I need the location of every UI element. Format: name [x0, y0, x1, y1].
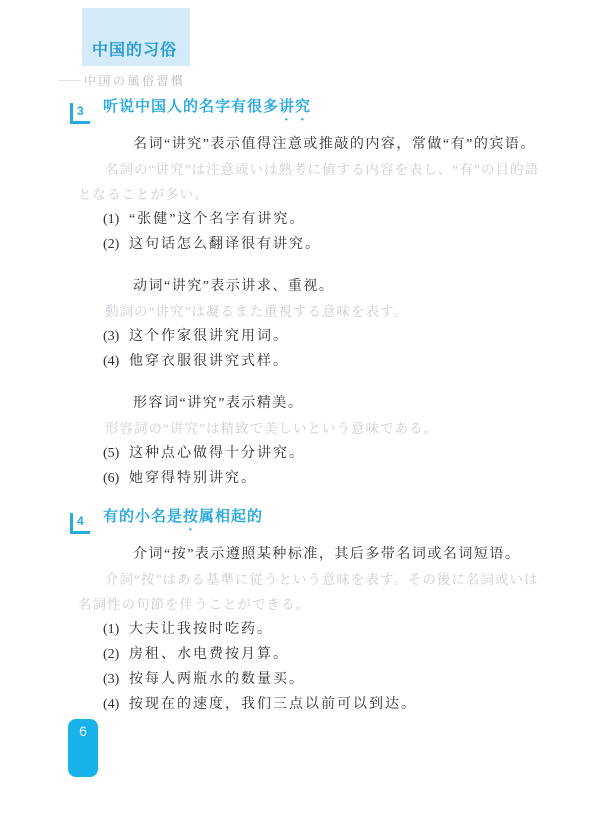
example-number: (5) [103, 441, 129, 466]
example-item: (2)这句话怎么翻译很有讲究。 [103, 232, 544, 257]
example-item: (1)“张健”这个名字有讲究。 [103, 207, 544, 232]
explanation-chinese: 形容词“讲究”表示精美。 [103, 391, 544, 416]
example-text: 按现在的速度，我们三点以前可以到达。 [129, 697, 417, 712]
example-text: 这个作家很讲究用词。 [129, 329, 289, 344]
book-subtitle: 中国の風俗習慣 [84, 72, 186, 89]
section-title-text: 有的小名是 [103, 508, 183, 525]
example-number: (2) [103, 642, 129, 667]
grammar-group: 名词“讲究”表示值得注意或推敲的内容，常做“有”的宾语。 名詞の“讲究”は注意或… [103, 132, 544, 257]
section-title-rest: 属相起的 [199, 508, 263, 525]
section-title-text: 听说中国人的名字有很多 [103, 98, 279, 115]
section-number-marker: 3 [70, 103, 90, 124]
example-number: (4) [103, 692, 129, 717]
section-number: 3 [77, 104, 84, 118]
example-item: (1)大夫让我按时吃药。 [103, 617, 544, 642]
explanation-japanese: 名詞の“讲究”は注意或いは熟考に値する内容を表し、“有”の目的語となることが多い… [78, 157, 544, 207]
example-text: “张健”这个名字有讲究。 [129, 212, 305, 227]
example-item: (6)她穿得特别讲究。 [103, 466, 544, 491]
example-list: (1)大夫让我按时吃药。 (2)房租、水电费按月算。 (3)按每人两瓶水的数量买… [103, 617, 544, 717]
example-list: (1)“张健”这个名字有讲究。 (2)这句话怎么翻译很有讲究。 [103, 207, 544, 257]
example-number: (2) [103, 232, 129, 257]
example-text: 这句话怎么翻译很有讲究。 [129, 237, 321, 252]
book-subtitle-row: 中国の風俗習慣 [58, 71, 600, 89]
example-text: 这种点心做得十分讲究。 [129, 446, 305, 461]
example-text: 按每人两瓶水的数量买。 [129, 672, 305, 687]
section-title-emphasized: 按 [183, 508, 199, 525]
example-number: (1) [103, 207, 129, 232]
page-number: 6 [79, 723, 87, 739]
grammar-group: 介词“按”表示遵照某种标准，其后多带名词或名词短语。 介詞“按”はある基準に従う… [103, 542, 544, 717]
section-title-emphasized: 讲究 [279, 98, 311, 115]
section-header: 4 有的小名是按属相起的 [70, 511, 544, 534]
example-text: 房租、水电费按月算。 [129, 647, 289, 662]
section-number: 4 [77, 514, 84, 528]
page-number-badge: 6 [68, 719, 98, 777]
page-header: 中国的习俗 中国の風俗習慣 [0, 0, 600, 89]
grammar-group: 动词“讲究”表示讲求、重视。 動詞の“讲究”は凝るまた重視する意味を表す。 (3… [103, 274, 544, 374]
example-number: (4) [103, 349, 129, 374]
example-number: (6) [103, 466, 129, 491]
explanation-chinese: 动词“讲究”表示讲求、重视。 [103, 274, 544, 299]
book-title: 中国的习俗 [92, 37, 177, 60]
example-item: (2)房租、水电费按月算。 [103, 642, 544, 667]
example-number: (3) [103, 667, 129, 692]
example-list: (5)这种点心做得十分讲究。 (6)她穿得特别讲究。 [103, 441, 544, 491]
section-header: 3 听说中国人的名字有很多讲究 [70, 101, 544, 124]
explanation-japanese: 形容詞の“讲究”は精致で美しいという意味である。 [78, 416, 544, 441]
example-item: (3)这个作家很讲究用词。 [103, 324, 544, 349]
explanation-chinese: 介词“按”表示遵照某种标准，其后多带名词或名词短语。 [103, 542, 544, 567]
example-list: (3)这个作家很讲究用词。 (4)他穿衣服很讲究式样。 [103, 324, 544, 374]
example-text: 大夫让我按时吃药。 [129, 622, 273, 637]
grammar-section-3: 3 听说中国人的名字有很多讲究 名词“讲究”表示值得注意或推敲的内容，常做“有”… [103, 101, 544, 491]
grammar-group: 形容词“讲究”表示精美。 形容詞の“讲究”は精致で美しいという意味である。 (5… [103, 391, 544, 491]
textbook-page: 中国的习俗 中国の風俗習慣 3 听说中国人的名字有很多讲究 名词“讲究”表示值得… [0, 0, 600, 813]
example-item: (5)这种点心做得十分讲究。 [103, 441, 544, 466]
example-number: (3) [103, 324, 129, 349]
example-item: (4)他穿衣服很讲究式样。 [103, 349, 544, 374]
subtitle-tick-line [58, 80, 81, 81]
page-content: 3 听说中国人的名字有很多讲究 名词“讲究”表示值得注意或推敲的内容，常做“有”… [0, 101, 600, 717]
example-item: (4)按现在的速度，我们三点以前可以到达。 [103, 692, 544, 717]
example-item: (3)按每人两瓶水的数量买。 [103, 667, 544, 692]
example-text: 他穿衣服很讲究式样。 [129, 354, 289, 369]
explanation-chinese: 名词“讲究”表示值得注意或推敲的内容，常做“有”的宾语。 [103, 132, 544, 157]
section-title: 听说中国人的名字有很多讲究 [103, 96, 311, 124]
explanation-japanese: 動詞の“讲究”は凝るまた重視する意味を表す。 [78, 299, 544, 324]
grammar-section-4: 4 有的小名是按属相起的 介词“按”表示遵照某种标准，其后多带名词或名词短语。 … [103, 511, 544, 717]
book-title-box: 中国的习俗 [82, 8, 190, 66]
example-number: (1) [103, 617, 129, 642]
explanation-japanese: 介詞“按”はある基準に従うという意味を表す。その後に名詞或いは名詞性の句節を伴う… [78, 567, 544, 617]
section-title: 有的小名是按属相起的 [103, 506, 263, 534]
section-number-marker: 4 [70, 513, 90, 534]
example-text: 她穿得特别讲究。 [129, 471, 257, 486]
